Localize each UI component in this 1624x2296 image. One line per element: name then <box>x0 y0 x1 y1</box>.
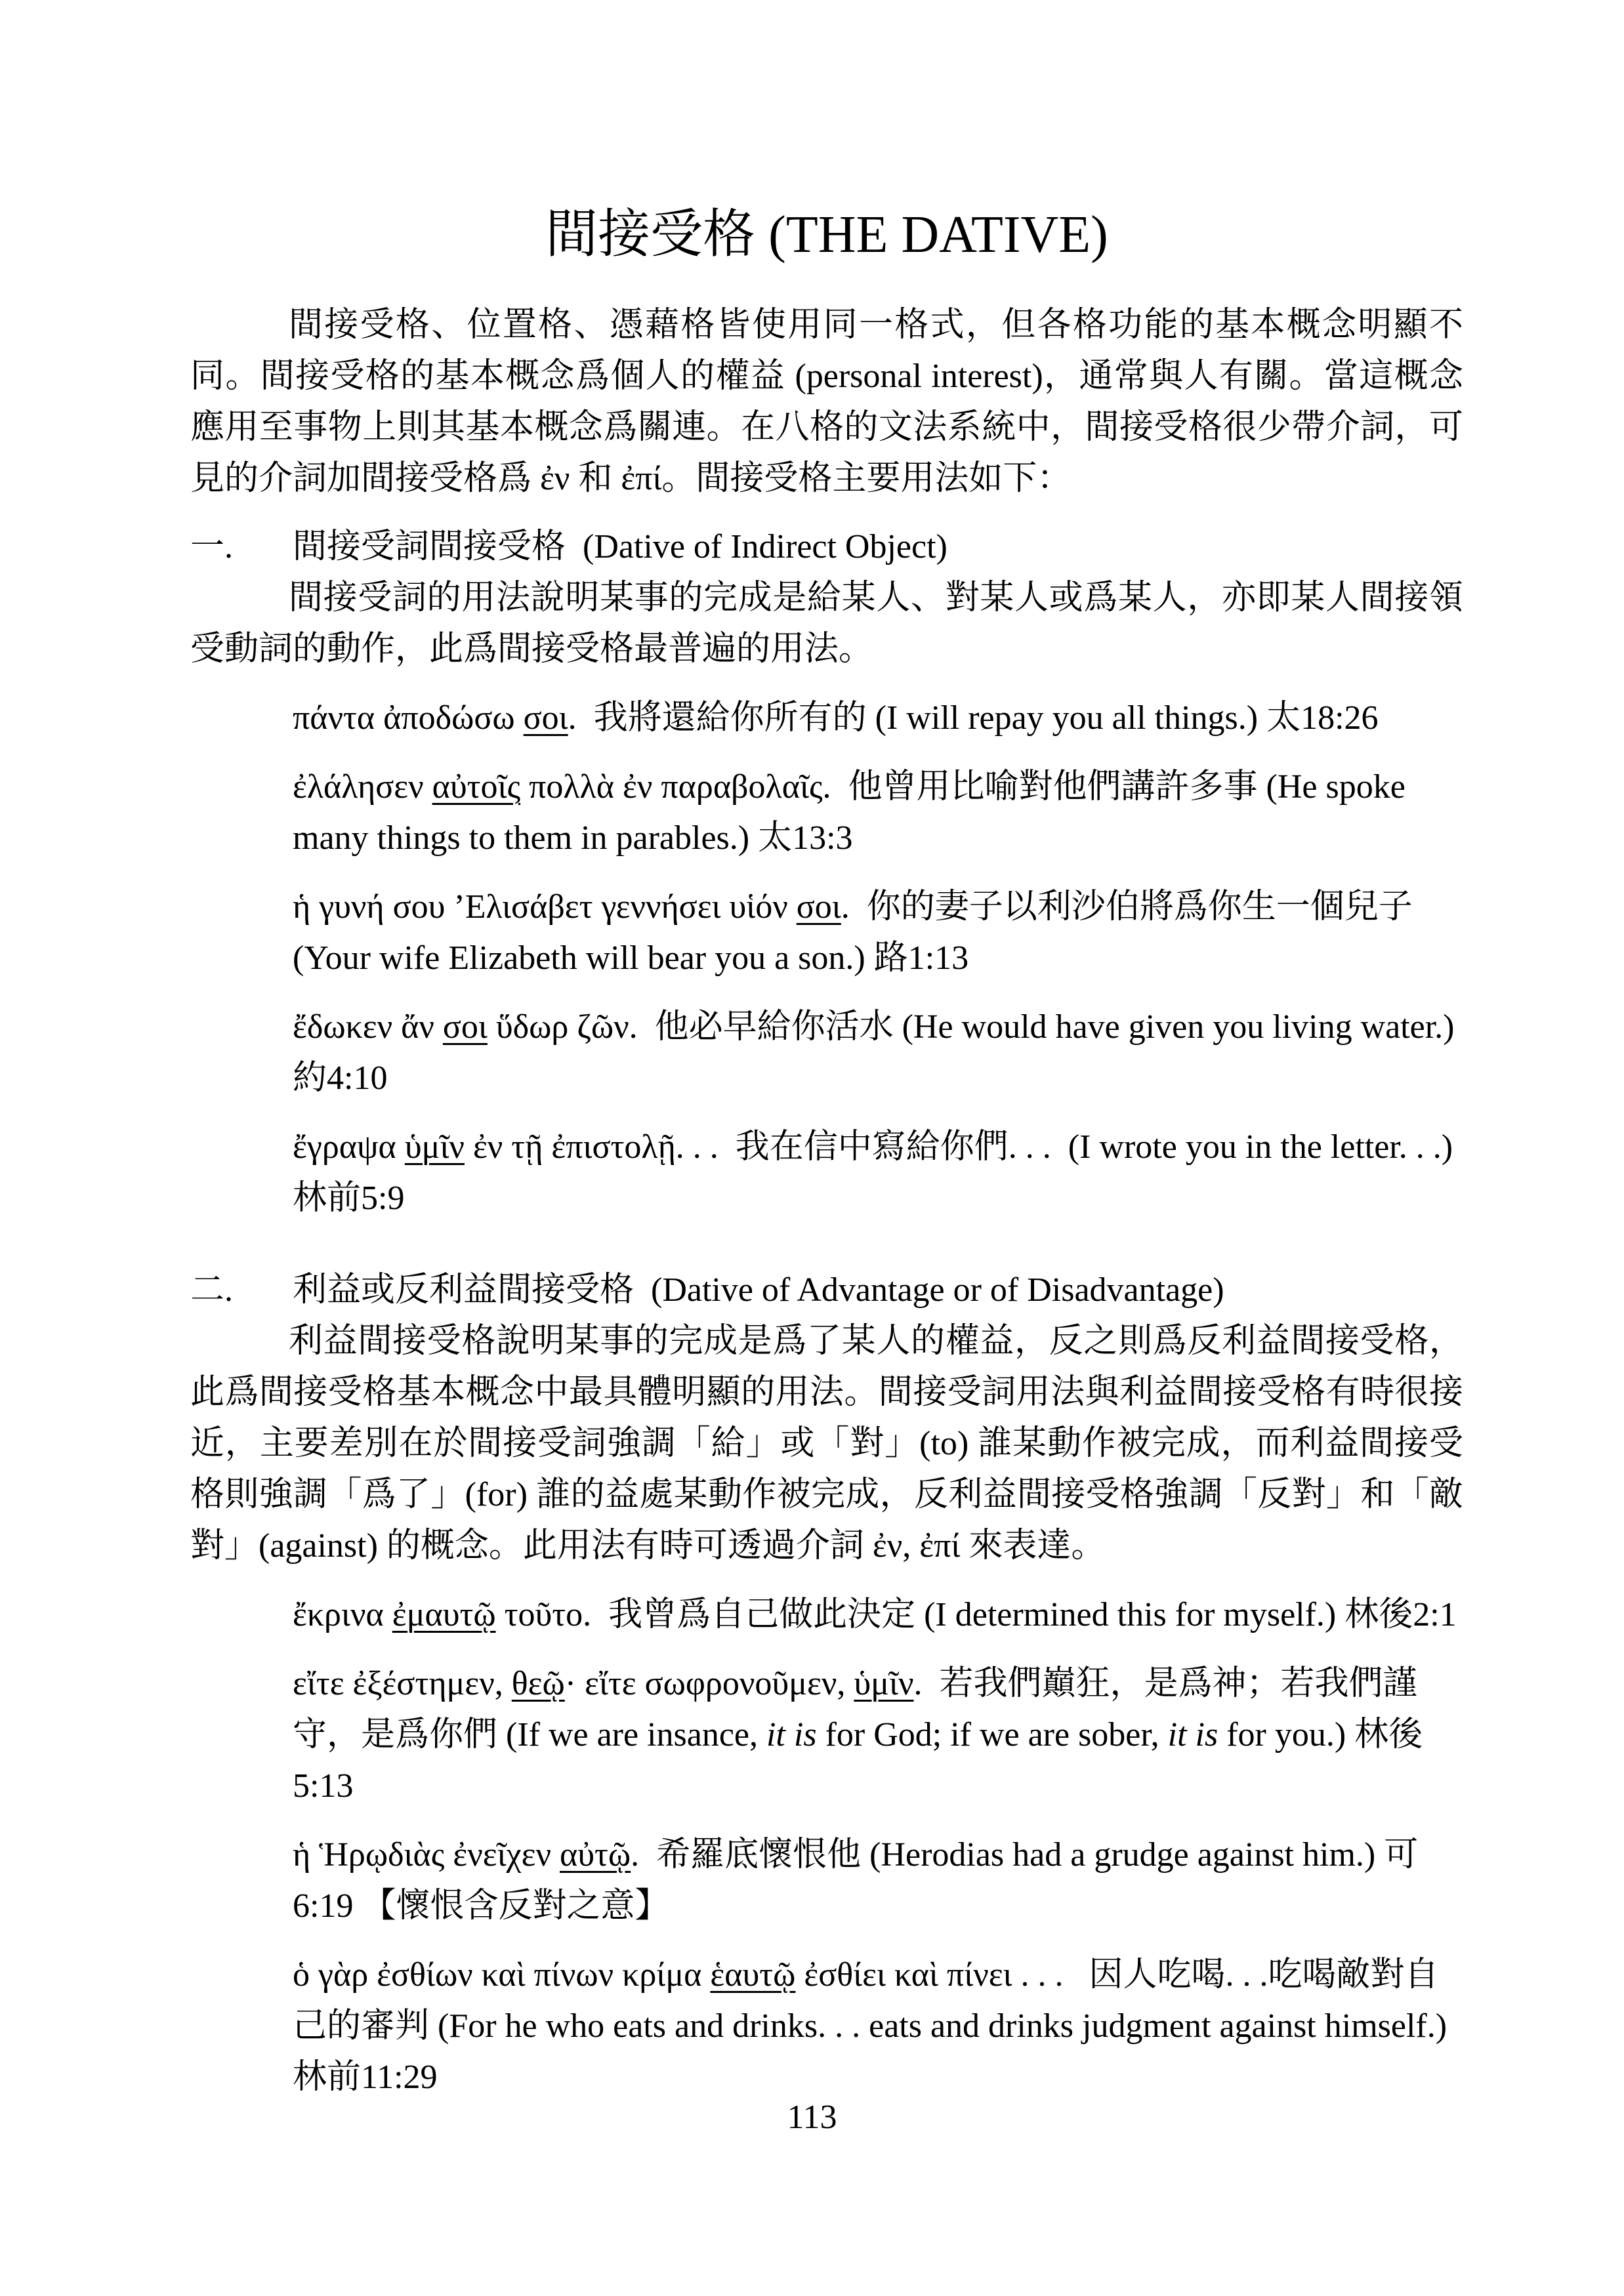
page-number: 113 <box>0 2098 1624 2137</box>
intro-paragraph: 間接受格、位置格、憑藉格皆使用同一格式，但各格功能的基本概念明顯不同。間接受格的… <box>190 300 1463 504</box>
document-page: 間接受格 (THE DATIVE) 間接受格、位置格、憑藉格皆使用同一格式，但各… <box>0 0 1624 2296</box>
section-2-number: 二. <box>190 1265 293 1316</box>
example-item: ἔγραψα ὑμῖν ἐν τῇ ἐπιστολῇ. . . 我在信中寫給你們… <box>190 1122 1463 1224</box>
section-1-title: 間接受詞間接受格 (Dative of Indirect Object) <box>293 522 947 573</box>
section-2-title: 利益或反利益間接受格 (Dative of Advantage or of Di… <box>293 1265 1224 1316</box>
section-2-heading: 二. 利益或反利益間接受格 (Dative of Advantage or of… <box>190 1265 1463 1316</box>
section-2-paragraph: 利益間接受格說明某事的完成是爲了某人的權益，反之則爲反利益間接受格，此爲間接受格… <box>190 1316 1463 1572</box>
section-1-number: 一. <box>190 522 293 573</box>
page-title: 間接受格 (THE DATIVE) <box>190 192 1463 267</box>
example-item: ὁ γὰρ ἐσθίων καὶ πίνων κρίμα ἑαυτῷ ἐσθίε… <box>190 1950 1463 2103</box>
example-item: ἡ Ἡρῳδιὰς ἐνεῖχεν αὐτῷ. 希羅底懷恨他 (Herodias… <box>190 1830 1463 1932</box>
section-1-heading: 一. 間接受詞間接受格 (Dative of Indirect Object) <box>190 522 1463 573</box>
section-1-paragraph: 間接受詞的用法說明某事的完成是給某人、對某人或爲某人，亦即某人間接領受動詞的動作… <box>190 573 1463 675</box>
example-item: εἴτε ἐξέστημεν, θεῷ· εἴτε σωφρονοῦμεν, ὑ… <box>190 1658 1463 1812</box>
example-item: ἐλάλησεν αὐτοῖς πολλὰ ἐν παραβολαῖς. 他曾用… <box>190 762 1463 864</box>
example-item: ἡ γυνή σου ’Ελισάβετ γεννήσει υἱόν σοι. … <box>190 882 1463 984</box>
example-item: ἔκρινα ἐμαυτῷ τοῦτο. 我曾爲自己做此決定 (I determ… <box>190 1589 1463 1641</box>
example-item: ἔδωκεν ἄν σοι ὕδωρ ζῶν. 他必早給你活水 (He woul… <box>190 1002 1463 1104</box>
example-item: πάντα ἀποδώσω σοι. 我將還給你所有的 (I will repa… <box>190 693 1463 744</box>
